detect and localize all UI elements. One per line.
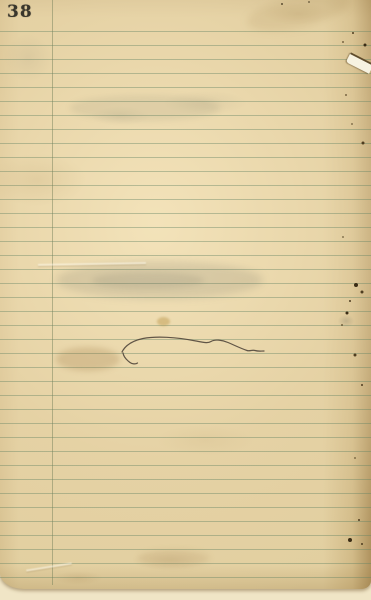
page: 38 — [0, 0, 371, 589]
brown-stain-left-of-doodle — [56, 347, 120, 371]
notebook-page-scan: 38 — [0, 0, 371, 600]
binding-edge-specks — [0, 0, 2, 2]
bottom-center-stain — [138, 549, 210, 567]
page-number: 38 — [7, 2, 33, 22]
pencil-smudge-top — [70, 95, 220, 121]
pencil-smudge-middle-core — [92, 272, 204, 289]
yellow-spot-stain — [157, 317, 170, 326]
